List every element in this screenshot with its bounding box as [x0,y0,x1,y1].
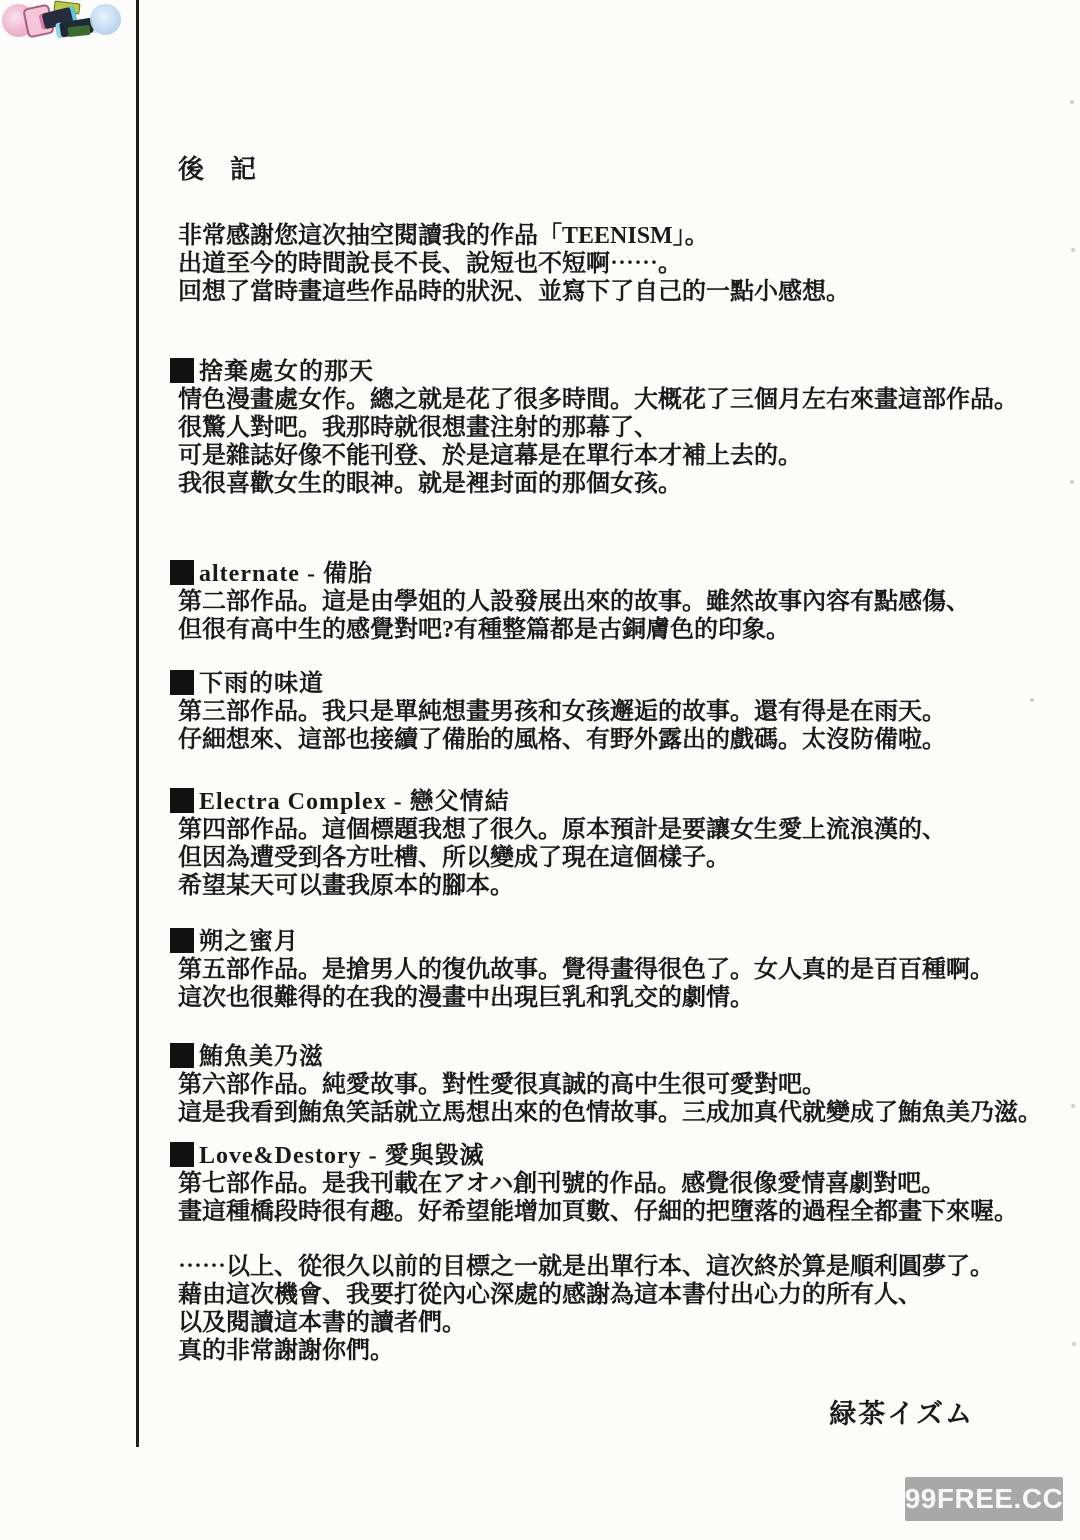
section-heading-text: 捨棄處女的那天 [199,359,374,385]
section-heading-text: Electra Complex - 戀父情結 [199,789,510,815]
page-title: 後 記 [170,156,1070,184]
closing-line: 真的非常謝謝你們。 [170,1337,1070,1365]
section-line: 第五部作品。是搶男人的復仇故事。覺得畫得很色了。女人真的是百百種啊。 [170,956,1070,984]
scan-speck [1071,248,1075,252]
section-line: 但因為遭受到各方吐槽、所以變成了現在這個樣子。 [170,844,1070,872]
section-line: 第七部作品。是我刊載在アオハ創刊號的作品。感覺很像愛情喜劇對吧。 [170,1170,1070,1198]
section-heading: Electra Complex - 戀父情結 [170,788,1070,816]
scanned-afterword-page: 後 記 非常感謝您這次抽空閱讀我的作品「TEENISM」。 出道至今的時間說長不… [0,0,1080,1540]
author-signature: 緑茶イズム [829,1392,974,1431]
section-heading-text: 鮪魚美乃滋 [199,1044,324,1070]
section-work-6: 鮪魚美乃滋 第六部作品。純愛故事。對性愛很真誠的高中生很可愛對吧。 這是我看到鮪… [170,1043,1070,1127]
section-heading: 捨棄處女的那天 [170,358,1070,386]
scan-speck [1071,1104,1075,1108]
section-heading: alternate - 備胎 [170,560,1070,588]
section-heading: Love&Destory - 愛與毀滅 [170,1142,1070,1170]
watermark-badge: 99FREE.CC [905,1477,1063,1521]
section-line: 很驚人對吧。我那時就很想畫注射的那幕了、 [170,414,1070,442]
section-line: 這次也很難得的在我的漫畫中出現巨乳和乳交的劇情。 [170,984,1070,1012]
section-line: 情色漫畫處女作。總之就是花了很多時間。大概花了三個月左右來畫這部作品。 [170,386,1070,414]
section-line: 但很有高中生的感覺對吧?有種整篇都是古銅膚色的印象。 [170,616,1070,644]
closing-line: 藉由這次機會、我要打從內心深處的感謝為這本書付出心力的所有人、 [170,1281,1070,1309]
scan-speck [1070,100,1074,104]
section-heading: 下雨的味道 [170,670,1070,698]
section-bullet-icon [170,560,194,585]
section-line: 第四部作品。這個標題我想了很久。原本預計是要讓女生愛上流浪漢的、 [170,816,1070,844]
intro-paragraph: 非常感謝您這次抽空閱讀我的作品「TEENISM」。 出道至今的時間說長不長、說短… [170,222,1070,306]
section-line: 第三部作品。我只是單純想畫男孩和女孩邂逅的故事。還有得是在雨天。 [170,698,1070,726]
section-heading-text: 朔之蜜月 [199,929,299,955]
section-work-2: alternate - 備胎 第二部作品。這是由學姐的人設發展出來的故事。雖然故… [170,560,1070,644]
intro-line: 非常感謝您這次抽空閱讀我的作品「TEENISM」。 [170,222,1070,250]
section-line: 可是雜誌好像不能刊登、於是這幕是在單行本才補上去的。 [170,442,1070,470]
section-line: 我很喜歡女生的眼神。就是裡封面的那個女孩。 [170,470,1070,498]
section-line: 畫這種橋段時很有趣。好希望能增加頁數、仔細的把墮落的過程全都畫下來喔。 [170,1198,1070,1226]
section-bullet-icon [170,788,194,813]
afterword-content: 後 記 非常感謝您這次抽空閱讀我的作品「TEENISM」。 出道至今的時間說長不… [170,0,1070,1365]
section-line: 第六部作品。純愛故事。對性愛很真誠的高中生很可愛對吧。 [170,1071,1070,1099]
section-heading: 朔之蜜月 [170,928,1070,956]
closing-line: ⋯⋯以上、從很久以前的目標之一就是出單行本、這次終於算是順利圓夢了。 [170,1253,1070,1281]
closing-paragraph: ⋯⋯以上、從很久以前的目標之一就是出單行本、這次終於算是順利圓夢了。 藉由這次機… [170,1253,1070,1365]
section-heading-text: 下雨的味道 [199,671,324,697]
stamp-blue-blob-icon [90,4,121,35]
closing-line: 以及閱讀這本書的讀者們。 [170,1309,1070,1337]
section-bullet-icon [170,670,194,695]
section-line: 第二部作品。這是由學姐的人設發展出來的故事。雖然故事內容有點感傷、 [170,588,1070,616]
section-bullet-icon [170,1142,194,1167]
scan-speck [1070,480,1074,484]
section-work-1: 捨棄處女的那天 情色漫畫處女作。總之就是花了很多時間。大概花了三個月左右來畫這部… [170,358,1070,498]
section-heading: 鮪魚美乃滋 [170,1043,1070,1071]
intro-line: 出道至今的時間說長不長、說短也不短啊⋯⋯。 [170,250,1070,278]
section-work-7: Love&Destory - 愛與毀滅 第七部作品。是我刊載在アオハ創刊號的作品… [170,1142,1070,1226]
section-heading-text: alternate - 備胎 [199,561,373,587]
section-heading-text: Love&Destory - 愛與毀滅 [199,1143,485,1169]
section-bullet-icon [170,1043,194,1068]
page-spine-line [136,0,139,1447]
intro-line: 回想了當時畫這些作品時的狀況、並寫下了自己的一點小感想。 [170,278,1070,306]
scan-speck [1030,698,1034,702]
section-line: 這是我看到鮪魚笑話就立馬想出來的色情故事。三成加真代就變成了鮪魚美乃滋。 [170,1099,1070,1127]
section-bullet-icon [170,928,194,953]
section-bullet-icon [170,358,194,383]
scan-speck [1072,1342,1076,1346]
scanlation-stamp-logo [2,2,122,42]
section-line: 希望某天可以畫我原本的腳本。 [170,872,1070,900]
section-work-5: 朔之蜜月 第五部作品。是搶男人的復仇故事。覺得畫得很色了。女人真的是百百種啊。 … [170,928,1070,1012]
stamp-green-tag-icon [68,25,91,37]
section-work-4: Electra Complex - 戀父情結 第四部作品。這個標題我想了很久。原… [170,788,1070,900]
section-work-3: 下雨的味道 第三部作品。我只是單純想畫男孩和女孩邂逅的故事。還有得是在雨天。 仔… [170,670,1070,754]
section-line: 仔細想來、這部也接續了備胎的風格、有野外露出的戲碼。太沒防備啦。 [170,726,1070,754]
